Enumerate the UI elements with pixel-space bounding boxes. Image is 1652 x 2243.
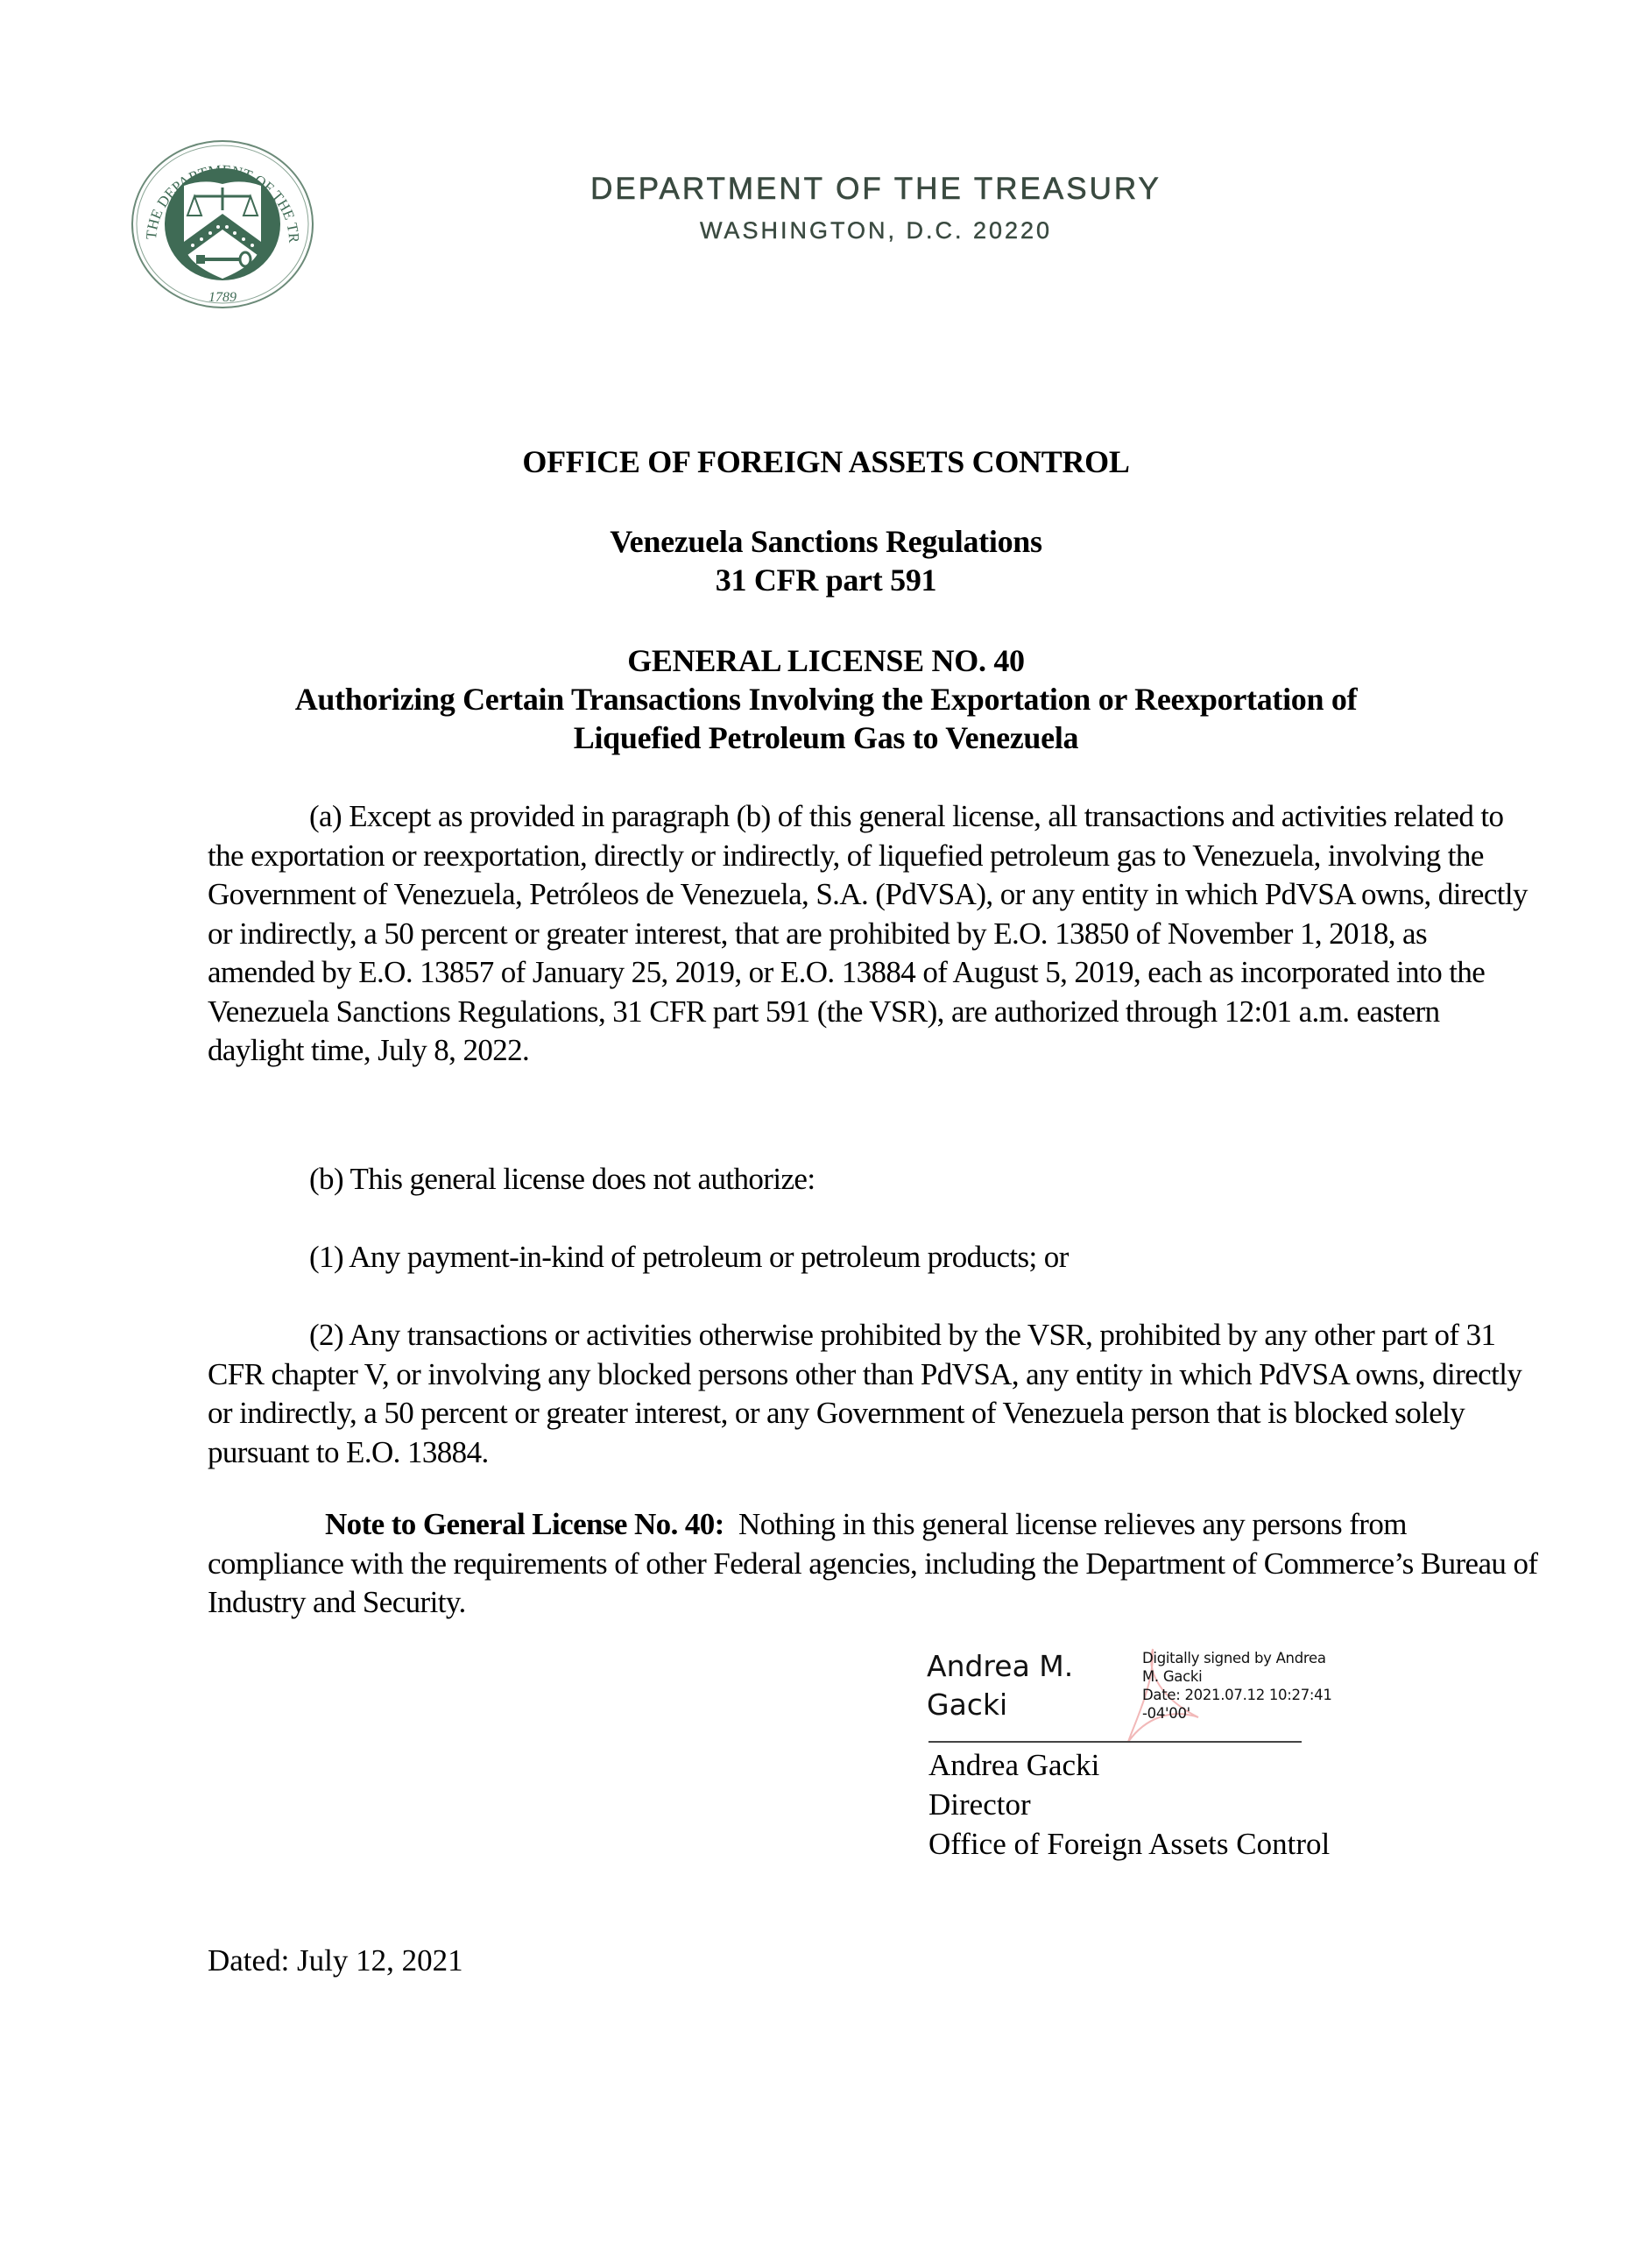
digital-signature-name: Andrea M. Gacki <box>927 1647 1073 1724</box>
signer-info: Andrea Gacki Director Office of Foreign … <box>928 1745 1330 1864</box>
signer-name: Andrea Gacki <box>928 1745 1330 1785</box>
paragraph-a: (a) Except as provided in paragraph (b) … <box>208 797 1539 1071</box>
cfr-reference: 31 CFR part 591 <box>0 561 1652 599</box>
treasury-seal-icon: THE DEPARTMENT OF THE TREASURY 1789 <box>130 138 315 310</box>
paragraph-b: (b) This general license does not author… <box>208 1160 1539 1199</box>
license-title-line1: Authorizing Certain Transactions Involvi… <box>0 680 1652 718</box>
dated-line: Dated: July 12, 2021 <box>208 1943 463 1978</box>
paragraph-b2: (2) Any transactions or activities other… <box>208 1316 1539 1472</box>
signer-title: Director <box>928 1785 1330 1824</box>
office-heading: OFFICE OF FOREIGN ASSETS CONTROL <box>0 442 1652 481</box>
paragraph-b1: (1) Any payment-in-kind of petroleum or … <box>208 1238 1539 1277</box>
digital-signature-details: Digitally signed by Andrea M. Gacki Date… <box>1142 1649 1332 1723</box>
regulations-heading: Venezuela Sanctions Regulations 31 CFR p… <box>0 522 1652 599</box>
department-address: WASHINGTON, D.C. 20220 <box>543 217 1209 244</box>
regulations-title: Venezuela Sanctions Regulations <box>0 522 1652 561</box>
letterhead: DEPARTMENT OF THE TREASURY WASHINGTON, D… <box>543 172 1209 244</box>
license-number: GENERAL LICENSE NO. 40 <box>0 641 1652 680</box>
signer-office: Office of Foreign Assets Control <box>928 1824 1330 1864</box>
license-heading: GENERAL LICENSE NO. 40 Authorizing Certa… <box>0 641 1652 757</box>
license-title-line2: Liquefied Petroleum Gas to Venezuela <box>0 718 1652 757</box>
note-label: Note to General License No. 40: <box>325 1507 724 1541</box>
department-name: DEPARTMENT OF THE TREASURY <box>543 172 1209 207</box>
signature-line <box>928 1741 1302 1743</box>
note-paragraph: Note to General License No. 40: Nothing … <box>208 1505 1539 1623</box>
svg-text:1789: 1789 <box>208 290 237 305</box>
